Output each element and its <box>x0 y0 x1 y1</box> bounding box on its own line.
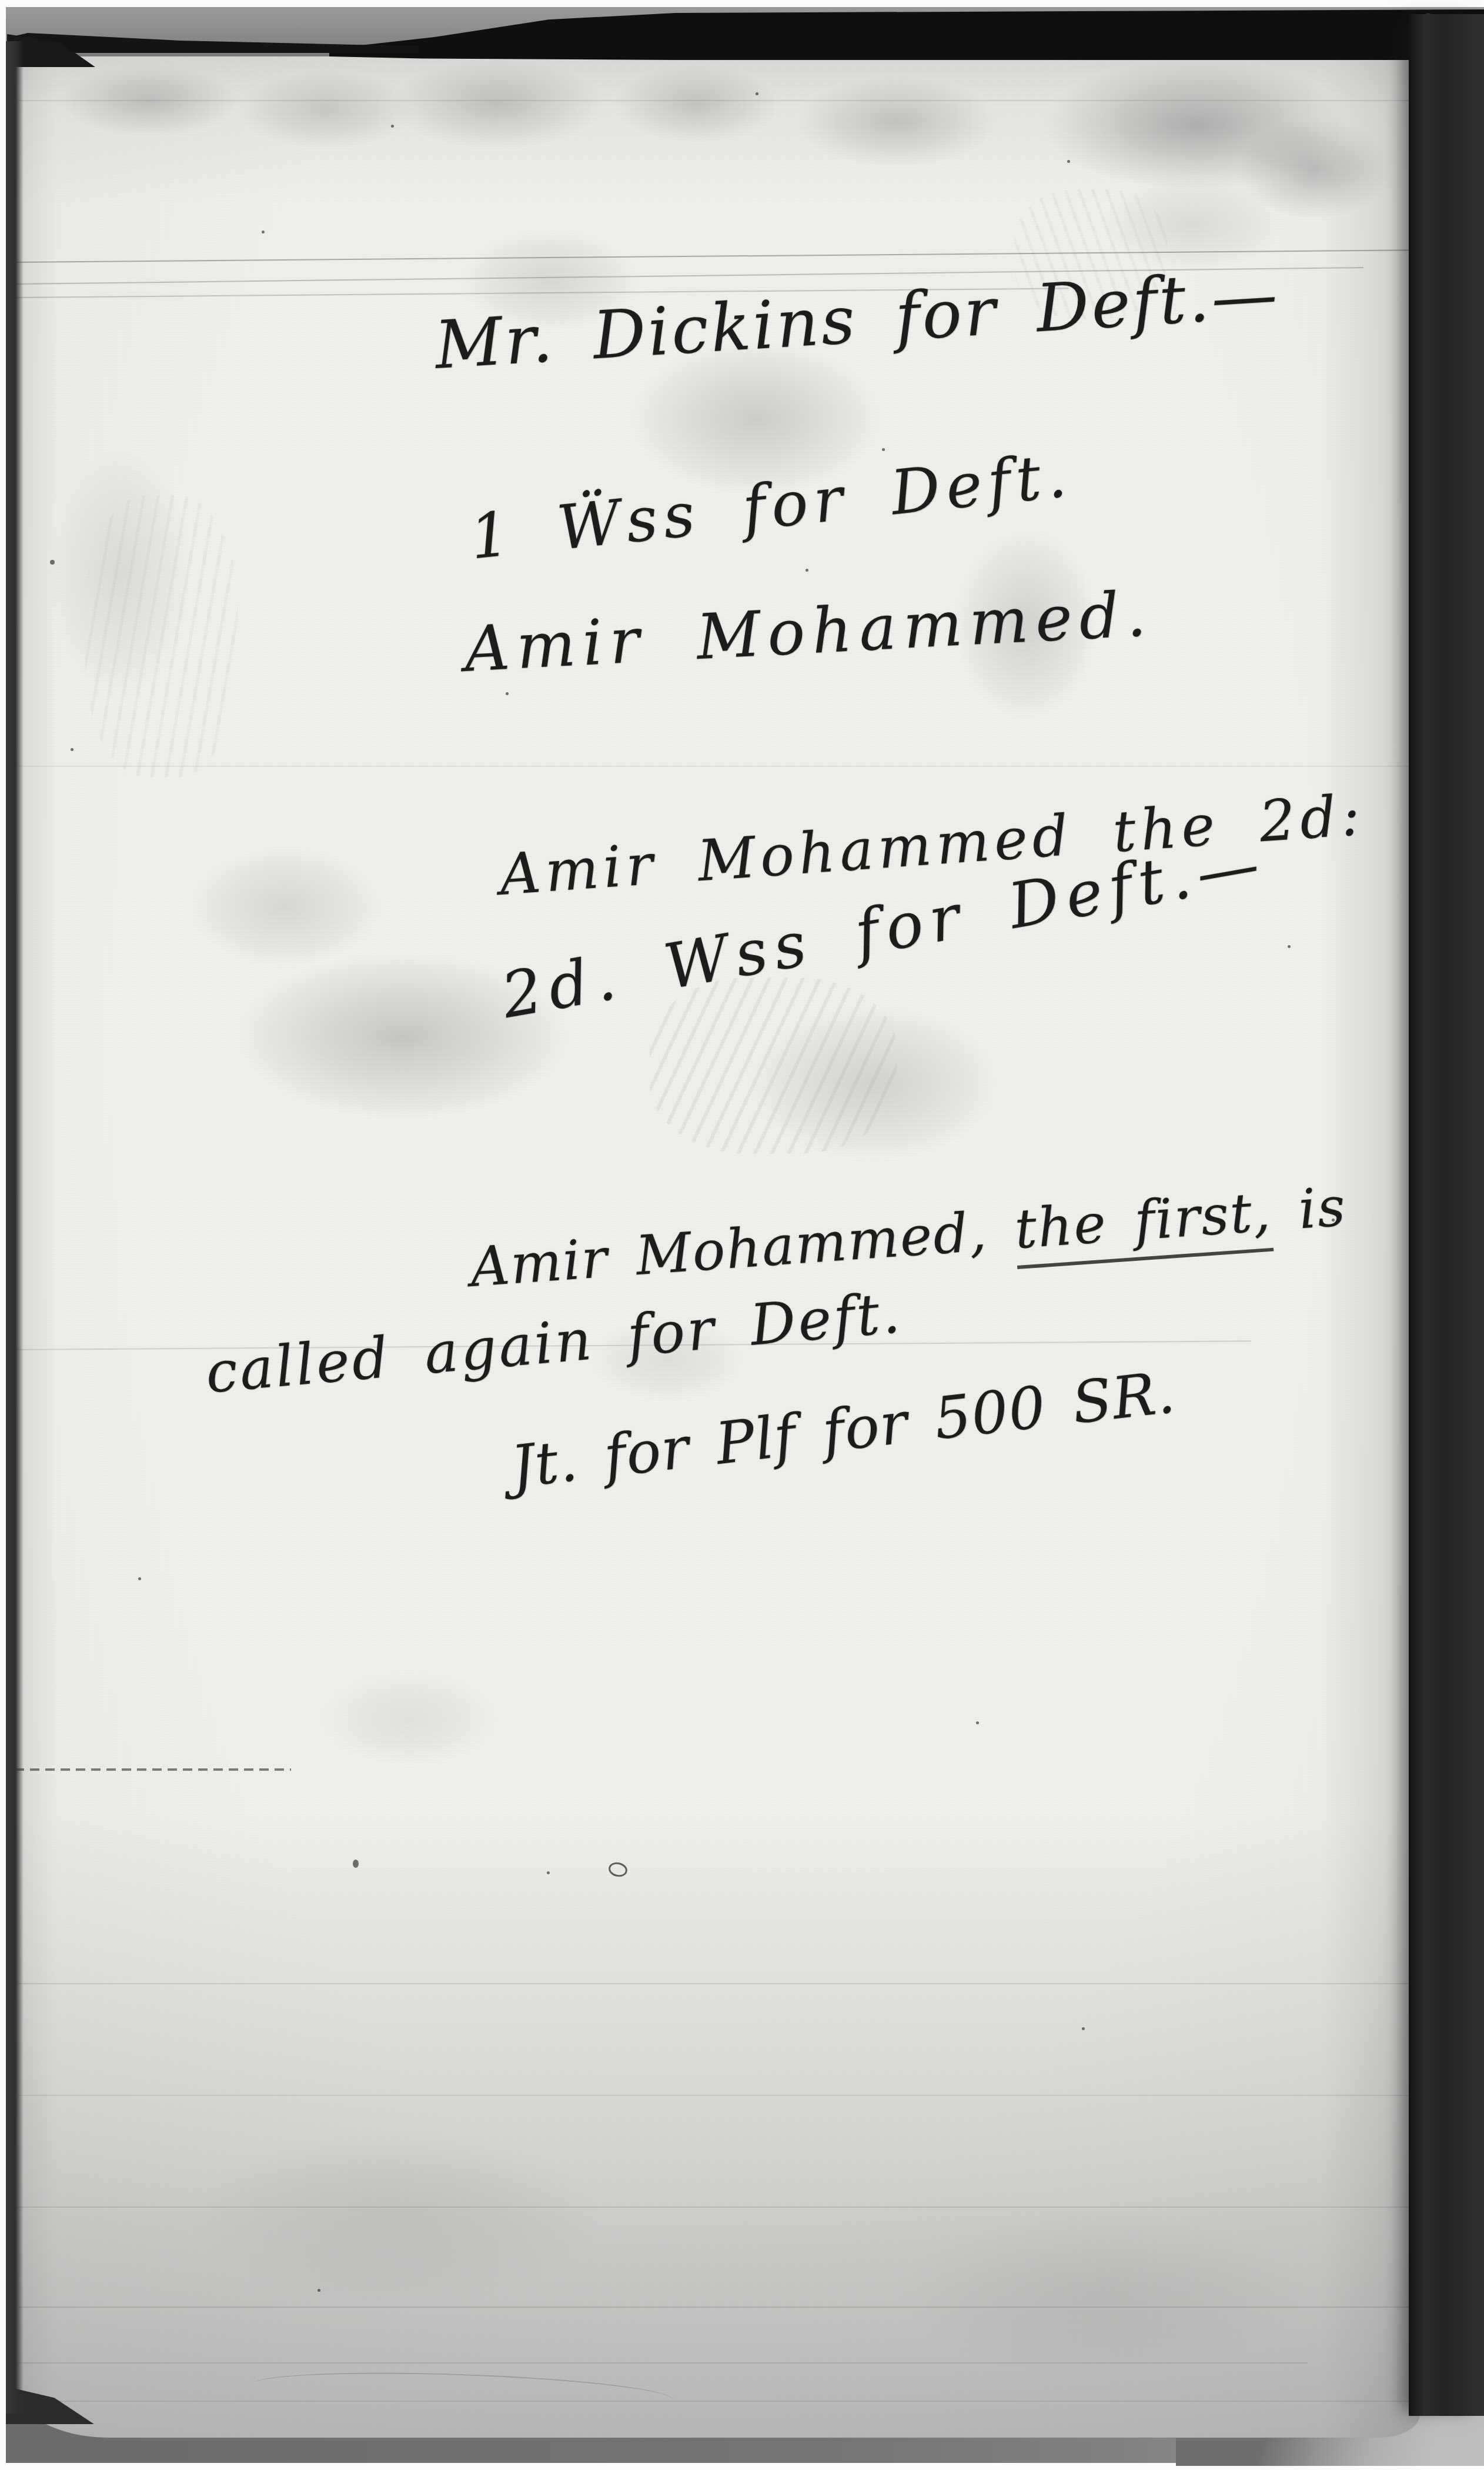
ink-speck <box>391 125 394 128</box>
ink-speck <box>976 1721 979 1724</box>
line-text: Amir Mohammed, <box>468 1198 1017 1299</box>
ink-speck <box>262 231 265 233</box>
ink-speck <box>882 448 885 451</box>
small-ring-mark <box>607 1861 629 1878</box>
stain <box>191 2130 603 2307</box>
ruled-line <box>15 1983 1420 1984</box>
handwritten-line-7: called again for Deft. <box>203 1284 904 1401</box>
ruled-line <box>15 2095 1420 2096</box>
document-scan: Mr. Dickins for Deft.— 1 Ẅss for Deft. A… <box>0 0 1484 2470</box>
ink-speck <box>506 692 509 695</box>
ink-speck <box>50 560 55 565</box>
ink-speck <box>353 1860 359 1868</box>
handwritten-line-6: Amir Mohammed, the first, is <box>469 1180 1348 1295</box>
stain <box>191 848 379 966</box>
ruled-line <box>15 1768 291 1771</box>
stain <box>62 66 238 136</box>
stain <box>797 78 997 166</box>
line-text: is <box>1269 1175 1348 1243</box>
ruled-line <box>15 2401 1420 2402</box>
smudge-streaks <box>85 495 238 777</box>
ruled-line <box>15 100 1420 101</box>
ink-speck <box>547 1871 550 1874</box>
ruled-line <box>15 766 1420 767</box>
stain <box>320 1671 497 1765</box>
smudge-streaks <box>650 977 897 1154</box>
paper-page: Mr. Dickins for Deft.— 1 Ẅss for Deft. A… <box>15 36 1420 2438</box>
stain <box>391 60 603 148</box>
stain <box>238 72 415 148</box>
line-text: called again for Deft. <box>203 1280 905 1406</box>
scratch-line <box>249 2366 674 2418</box>
ink-speck <box>317 2289 320 2292</box>
ink-speck <box>138 1577 141 1580</box>
stain <box>897 2212 1308 2377</box>
ink-speck <box>1067 160 1070 163</box>
gutter-shadow-left <box>6 41 24 2414</box>
ink-speck <box>1082 2027 1085 2030</box>
binding-band-right <box>1409 14 1484 2416</box>
stain <box>614 66 779 142</box>
underlined-phrase: the first, <box>1012 1180 1274 1269</box>
ruled-line <box>15 2362 1308 2364</box>
ink-speck <box>756 92 758 95</box>
ink-speck <box>71 748 73 751</box>
ink-speck <box>1288 945 1291 948</box>
ruled-line <box>15 2307 1420 2308</box>
ink-speck <box>805 569 808 572</box>
ruled-line <box>15 2207 1420 2208</box>
